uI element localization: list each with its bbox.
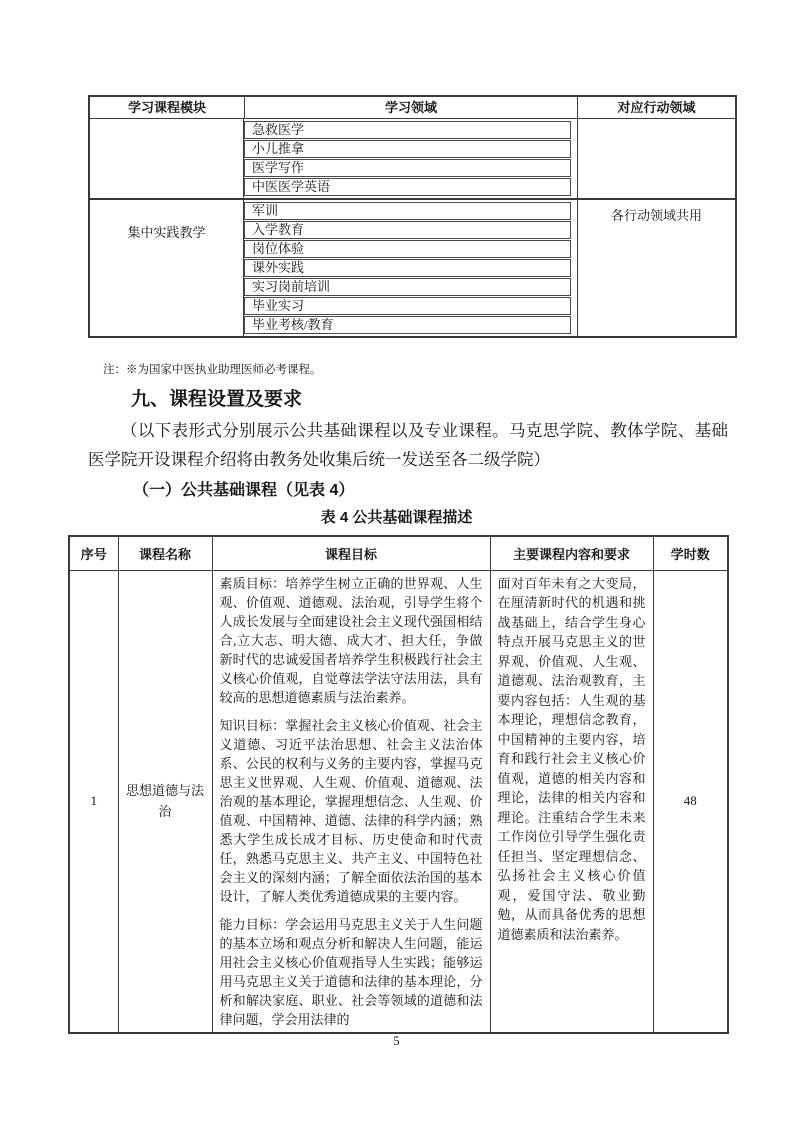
course-hours-cell: 48 (653, 570, 728, 1033)
learning-area-list: 军训 入学教育 岗位体验 课外实践 实习岗前培训 毕业实习 毕业考核/教育 (244, 200, 577, 336)
course-table-header-name: 课程名称 (118, 536, 212, 570)
module-group-continued: 急救医学 小儿推拿 医学写作 中医医学英语 (90, 119, 735, 198)
objective-quality: 素质目标：培养学生树立正确的世界观、人生观、价值观、道德观、法治观，引导学生将个… (220, 574, 483, 707)
objective-ability: 能力目标：学会运用马克思主义关于人生问题的基本立场和观点分析和解决人生问题，能运… (220, 915, 483, 1029)
module-group-practice: 集中实践教学 军训 入学教育 岗位体验 课外实践 实习岗前培训 毕业实习 毕业考… (90, 198, 735, 336)
course-table-header-no: 序号 (69, 536, 118, 570)
course-no-cell: 1 (69, 570, 118, 1033)
learning-area-cell: 入学教育 (244, 221, 571, 239)
learning-area-cell: 岗位体验 (244, 240, 571, 258)
action-domain-cell: 各行动领域共用 (577, 200, 735, 336)
learning-area-cell: 小儿推拿 (244, 140, 571, 158)
learning-area-list: 急救医学 小儿推拿 医学写作 中医医学英语 (244, 119, 577, 198)
learning-area-cell: 急救医学 (244, 121, 571, 139)
learning-area-cell: 毕业实习 (244, 297, 571, 315)
page-number: 5 (0, 1034, 793, 1049)
module-table-header-action: 对应行动领域 (577, 97, 735, 118)
section-intro-paragraph: （以下表形式分别展示公共基础课程以及专业课程。马克思学院、教体学院、基础医学院开… (88, 416, 728, 474)
action-domain-cell (577, 119, 735, 198)
module-name-cell: 集中实践教学 (90, 200, 244, 336)
module-name-cell (90, 119, 244, 198)
course-table-header-content: 主要课程内容和要求 (490, 536, 653, 570)
table-footnote: 注：※为国家中医执业助理医师必考课程。 (103, 361, 322, 377)
objective-knowledge: 知识目标：掌握社会主义核心价值观、社会主义道德、习近平法治思想、社会主义法治体系… (220, 716, 483, 906)
module-table-header-area: 学习领域 (244, 97, 577, 118)
course-row: 1 思想道德与法治 素质目标：培养学生树立正确的世界观、人生观、价值观、道德观、… (69, 570, 728, 1033)
learning-area-cell: 医学写作 (244, 159, 571, 177)
section-subheading: （一）公共基础课程（见表 4） (133, 477, 354, 500)
course-table-header-objectives: 课程目标 (212, 536, 490, 570)
course-table: 序号 课程名称 课程目标 主要课程内容和要求 学时数 1 思想道德与法治 素质目… (68, 535, 729, 1034)
learning-area-cell: 毕业考核/教育 (244, 316, 571, 334)
module-table-header: 学习课程模块 学习领域 对应行动领域 (90, 97, 735, 119)
learning-area-cell: 实习岗前培训 (244, 278, 571, 296)
table4-caption: 表 4 公共基础课程描述 (0, 506, 793, 527)
module-table: 学习课程模块 学习领域 对应行动领域 急救医学 小儿推拿 医学写作 中医医学英语… (88, 95, 737, 338)
learning-area-cell: 军训 (244, 202, 571, 220)
module-table-header-module: 学习课程模块 (90, 97, 244, 118)
course-table-header-hours: 学时数 (653, 536, 728, 570)
learning-area-cell: 课外实践 (244, 259, 571, 277)
section-heading: 九、课程设置及要求 (131, 384, 302, 411)
course-content-cell: 面对百年未有之大变局，在厘清新时代的机遇和挑战基础上，结合学生身心特点开展马克思… (490, 570, 653, 1033)
course-objectives-cell: 素质目标：培养学生树立正确的世界观、人生观、价值观、道德观、法治观，引导学生将个… (212, 570, 490, 1033)
learning-area-cell: 中医医学英语 (244, 178, 571, 196)
course-name-cell: 思想道德与法治 (118, 570, 212, 1033)
course-table-header-row: 序号 课程名称 课程目标 主要课程内容和要求 学时数 (69, 536, 728, 570)
